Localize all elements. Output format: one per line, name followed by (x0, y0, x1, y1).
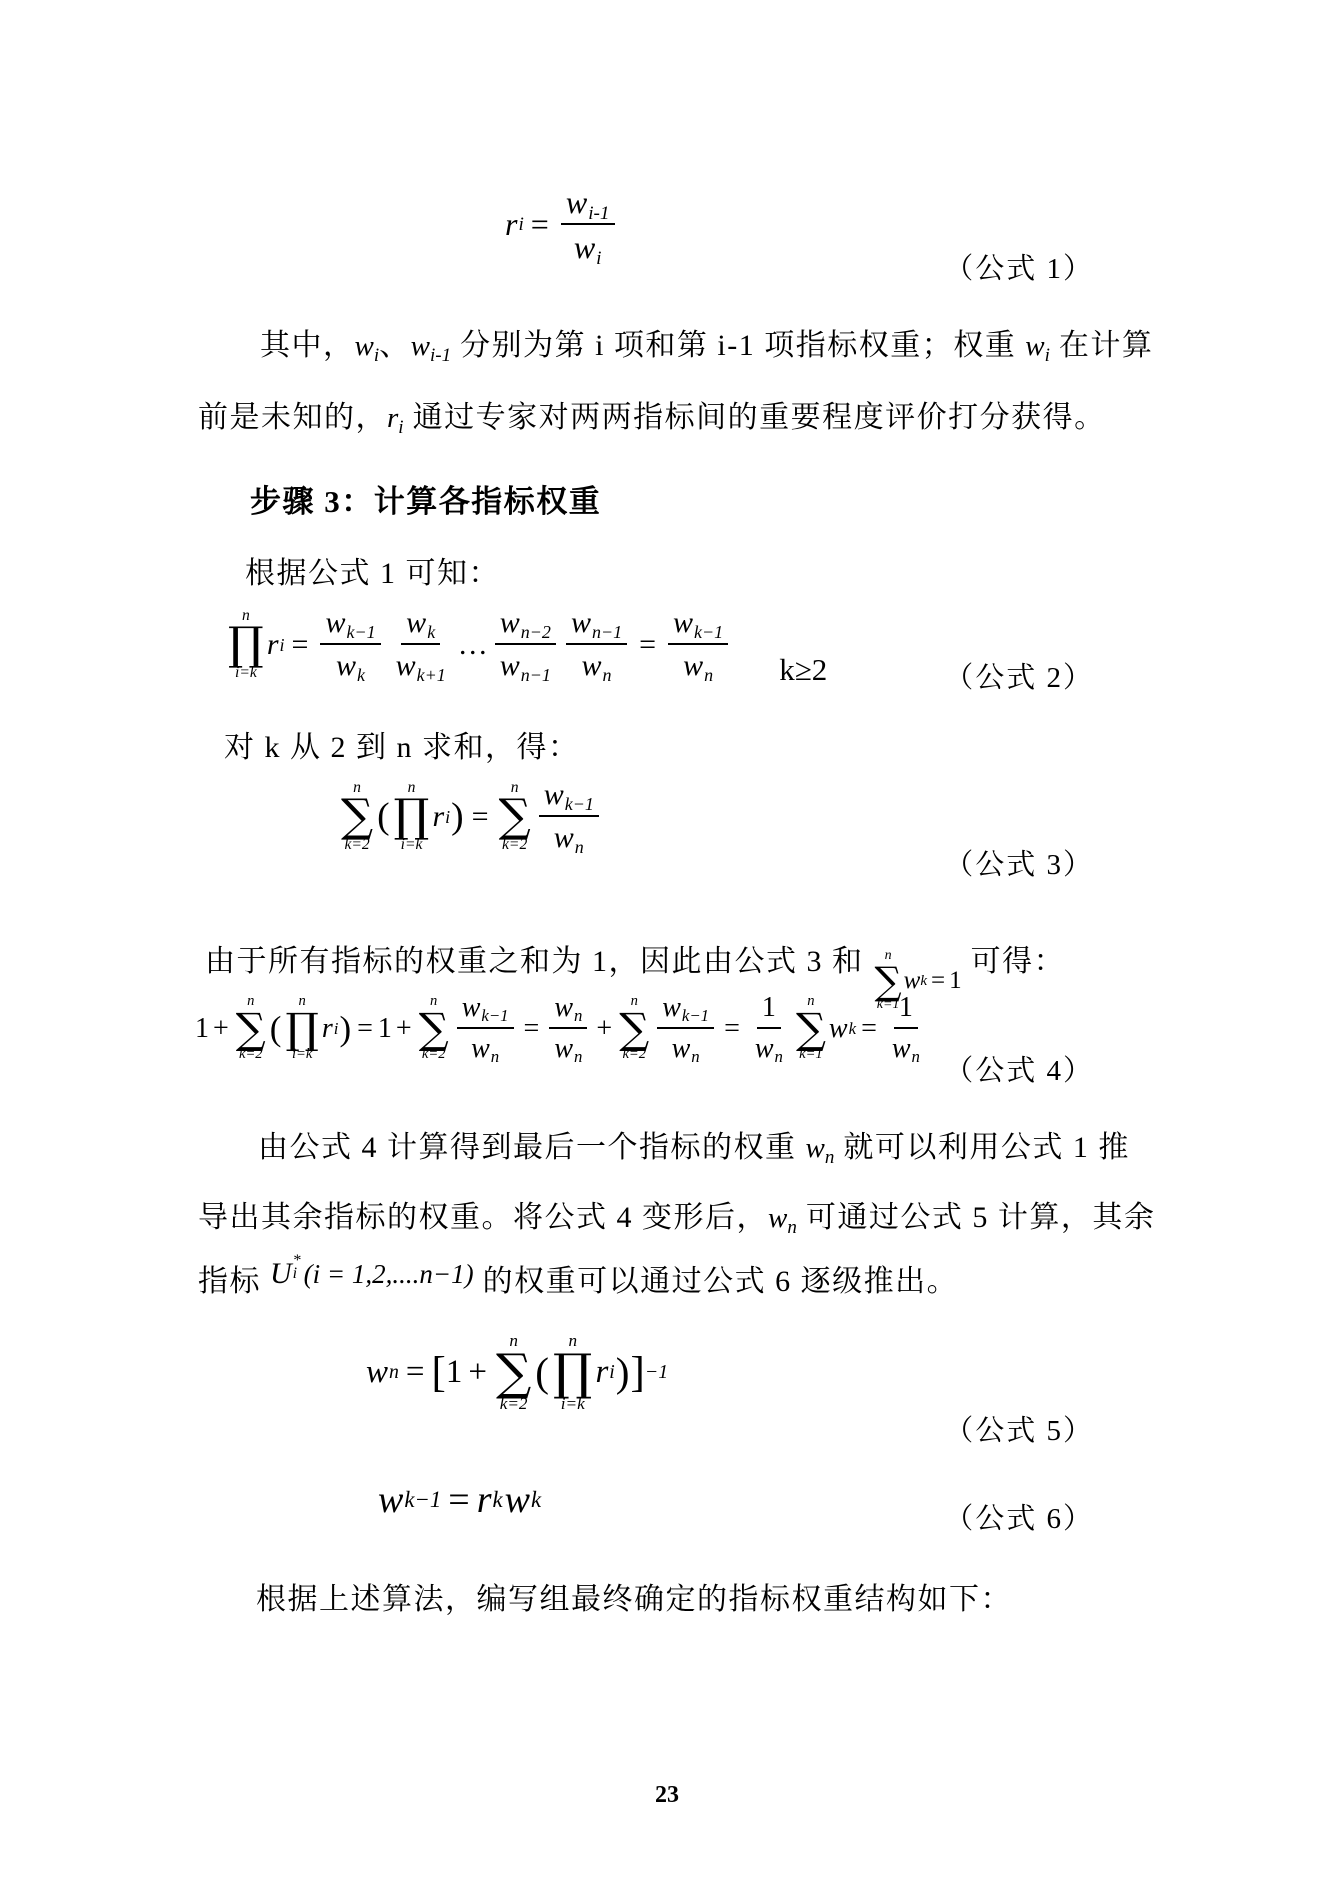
formula-5: wn = [ 1+ n∑k=2 ( n∏i=k ri ) ] −1 (366, 1332, 668, 1413)
formula-1: ri = wi-1 wi (505, 186, 620, 263)
var-r: r (505, 206, 517, 243)
formula-6-label: （公式 6） (944, 1496, 1094, 1537)
equals-sign: = (639, 628, 656, 662)
var-w-i: wi (1025, 330, 1050, 362)
formula-3: n∑k=2 ( n∏i=k ri ) = n∑k=2 wk−1 wn (338, 780, 604, 853)
var-w-n: wn (806, 1132, 835, 1164)
equals-sign: = (472, 800, 489, 834)
formula-2: n∏i=k ri = wk−1 wk wk wk+1 … wn−2 wn−1 w… (225, 608, 827, 681)
product-operator: n∏i=k (394, 780, 430, 853)
formula-5-label: （公式 5） (944, 1408, 1094, 1449)
right-paren: ) (616, 1348, 630, 1396)
fraction: wk−1 wn (539, 780, 599, 853)
product-operator: n∏i=k (228, 608, 264, 681)
sum-operator: n∑k=2 (496, 1332, 531, 1413)
para-derive-line-1: 由公式 4 计算得到最后一个指标的权重 wn 就可以利用公式 1 推 (258, 1122, 1130, 1166)
var-r: r (432, 800, 444, 834)
sum-operator: n∑k=2 (619, 994, 649, 1062)
fraction: wk−1 wn (457, 994, 514, 1063)
right-bracket: ] (631, 1348, 645, 1397)
sum-operator: n∑k=2 (236, 994, 266, 1062)
fraction: wn wn (549, 994, 587, 1063)
fraction: wk−1 wn (668, 608, 728, 681)
left-paren: ( (377, 795, 390, 838)
denominator: wi (569, 225, 607, 263)
paragraph-intro-line-1: 其中，wi、wi-1 分别为第 i 项和第 i-1 项指标权重；权重 wi 在计… (260, 320, 1153, 364)
var-r-i: ri (387, 402, 404, 434)
formula-4-label: （公式 4） (944, 1048, 1094, 1089)
page-number: 23 (0, 1782, 1334, 1809)
equals-sign: = (448, 1478, 469, 1522)
line-sum: 对 k 从 2 到 n 求和，得： (224, 722, 580, 766)
product-operator: n∏i=k (553, 1332, 592, 1413)
para-derive-line-2: 导出其余指标的权重。将公式 4 变形后，wn 可通过公式 5 计算，其余 (198, 1192, 1155, 1236)
formula-3-label: （公式 3） (944, 842, 1094, 883)
fraction: 1 wn (750, 994, 788, 1063)
var-U-star-i: U*i(i = 1,2,....n−1) (270, 1257, 474, 1291)
left-paren: ( (270, 1009, 282, 1049)
line-final: 根据上述算法，编写组最终确定的指标权重结构如下： (256, 1574, 1012, 1618)
right-paren: ) (339, 1009, 351, 1049)
sum-operator: n∑k=2 (499, 780, 531, 853)
right-paren: ) (451, 795, 464, 838)
left-bracket: [ (432, 1348, 446, 1397)
fraction: wk−1 wk (320, 608, 380, 681)
product-operator: n∏i=k (285, 994, 318, 1062)
para-derive-line-3: 指标 U*i(i = 1,2,....n−1) 的权重可以通过公式 6 逐级推出… (198, 1256, 958, 1300)
formula-4: 1+ n∑k=2 ( n∏i=k ri ) = 1+ n∑k=2 wk−1 wn… (195, 994, 930, 1063)
formula-2-label: （公式 2） (944, 655, 1094, 696)
fraction: wk wk+1 (391, 608, 451, 681)
left-paren: ( (535, 1348, 549, 1396)
fraction: wn−2 wn−1 (495, 608, 556, 681)
sum-operator: n∑k=2 (419, 994, 449, 1062)
formula-6: wk−1 = rk wk (378, 1478, 541, 1522)
equals-sign: = (292, 628, 309, 662)
sum-operator: n∑k=2 (341, 780, 373, 853)
var-r: r (267, 628, 279, 662)
fraction: wk−1 wn (657, 994, 714, 1063)
equals-sign: = (531, 206, 549, 243)
formula-1-label: （公式 1） (944, 246, 1094, 287)
var-w-n: wn (768, 1202, 797, 1234)
line-know: 根据公式 1 可知： (245, 548, 500, 592)
var-w-i: wi (355, 330, 380, 362)
heading-step3: 步骤 3：计算各指标权重 (250, 476, 601, 521)
equals-sign: = (406, 1354, 425, 1391)
fraction: wn−1 wn (566, 608, 627, 681)
var-w-i-1: wi-1 (411, 330, 451, 362)
condition-k-ge-2: k≥2 (779, 652, 827, 688)
fraction: wi-1 wi (561, 186, 615, 263)
ellipsis: … (458, 628, 488, 662)
fraction: 1 wn (887, 994, 925, 1063)
numerator: wi-1 (561, 186, 615, 225)
paragraph-intro-line-2: 前是未知的，ri 通过专家对两两指标间的重要程度评价打分获得。 (198, 392, 1106, 436)
sum-operator: n∑k=1 (796, 994, 826, 1062)
document-page: ri = wi-1 wi （公式 1） 其中，wi、wi-1 分别为第 i 项和… (0, 0, 1334, 1887)
